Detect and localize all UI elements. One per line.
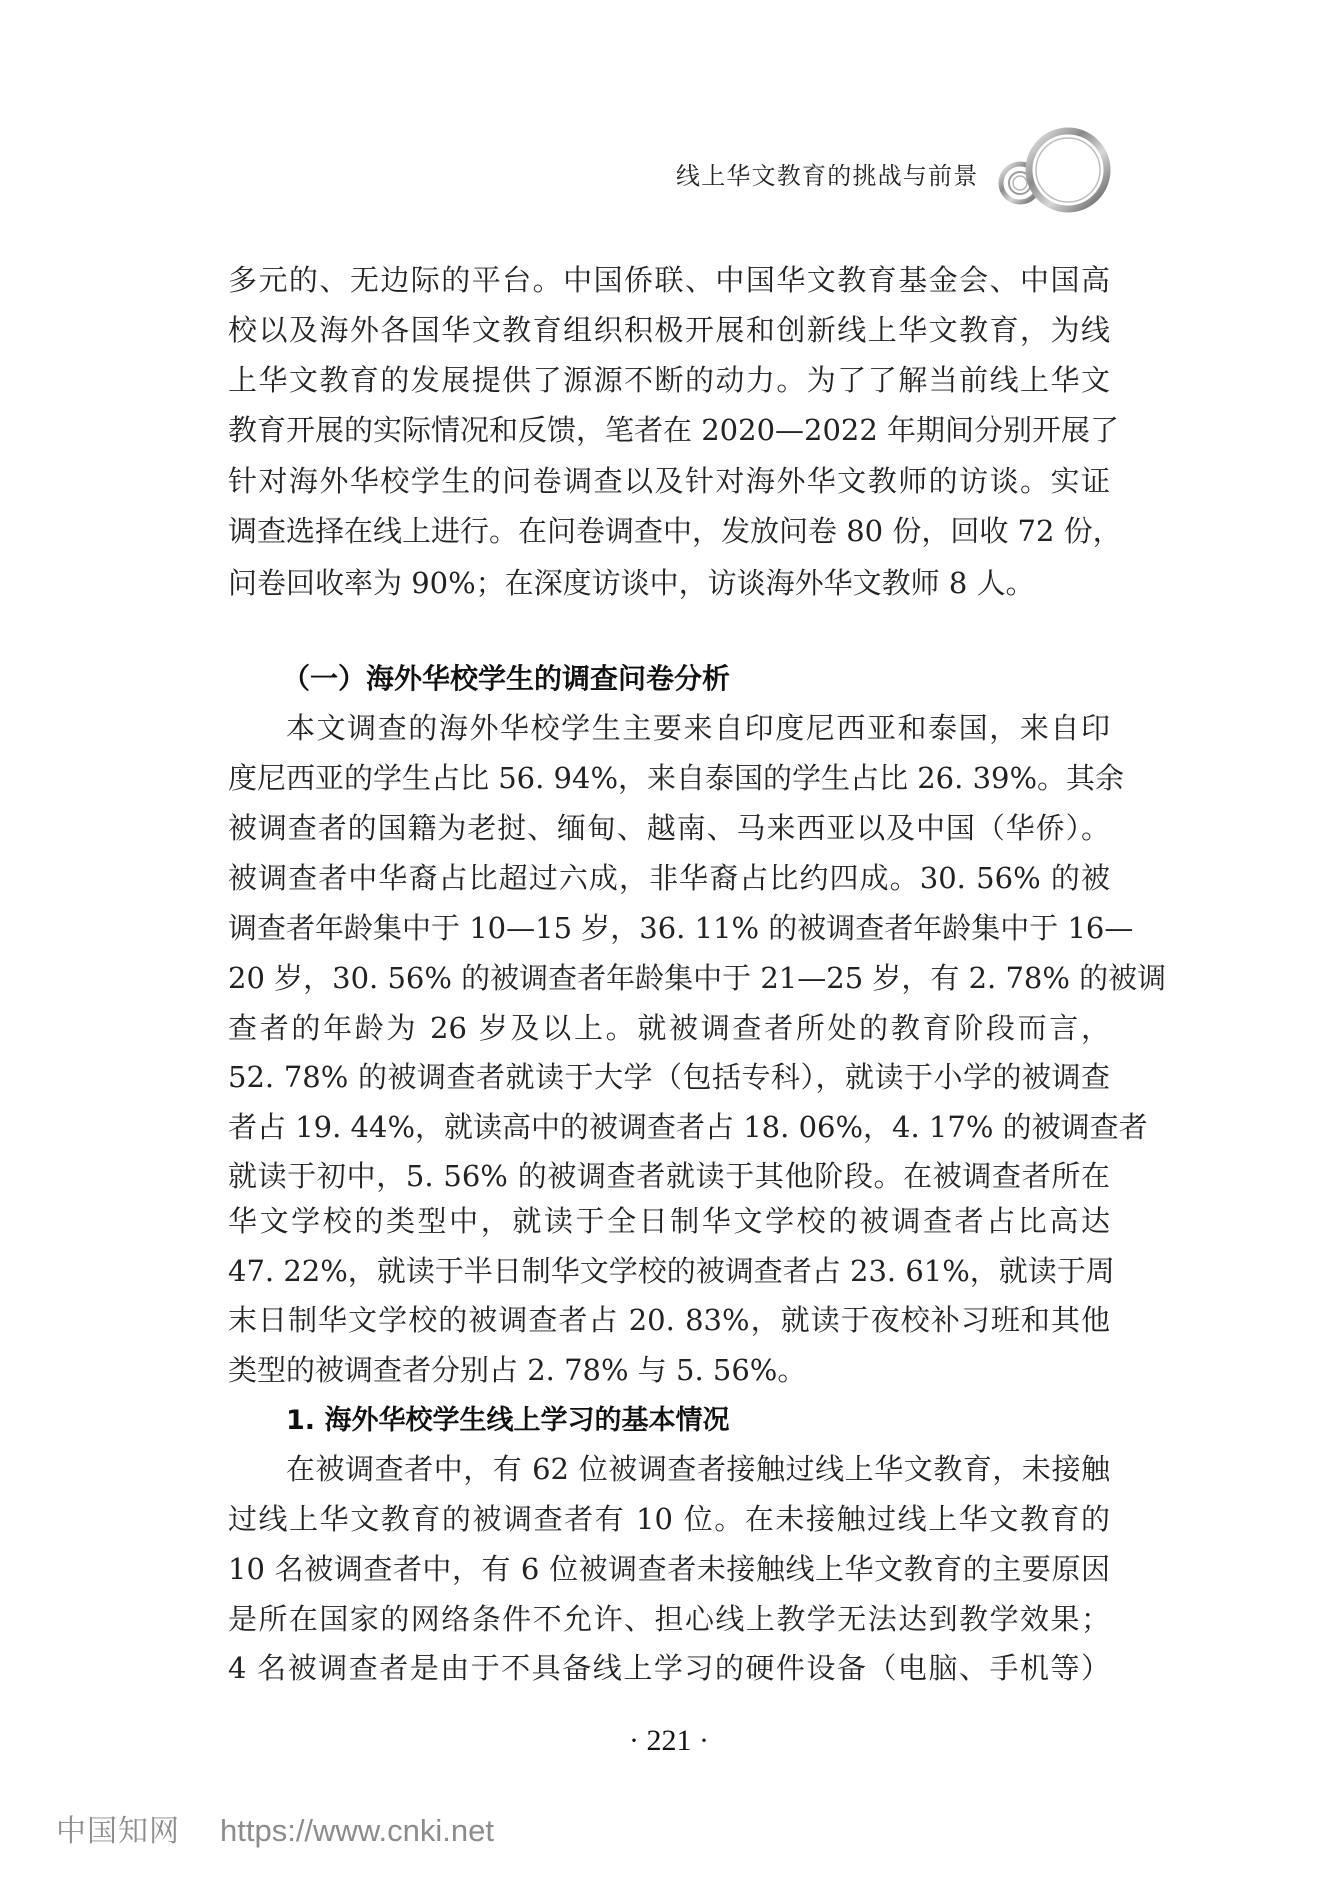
running-head-title: 线上华文教育的挑战与前景 [676, 156, 978, 191]
text-line: 查者的年龄为 26 岁及以上。就被调查者所处的教育阶段而言， [228, 1008, 1110, 1048]
text-line: 针对海外华校学生的问卷调查以及针对海外华文教师的访谈。实证 [228, 461, 1110, 501]
text-line: 47. 22%，就读于半日制华文学校的被调查者占 23. 61%，就读于周 [228, 1251, 1110, 1291]
text-line: 校以及海外各国华文教育组织积极开展和创新线上华文教育，为线 [228, 310, 1110, 350]
text-line: 被调查者的国籍为老挝、缅甸、越南、马来西亚以及中国（华侨）。 [228, 808, 1110, 848]
text-line: 多元的、无边际的平台。中国侨联、中国华文教育基金会、中国高 [228, 260, 1110, 300]
text-line: 上华文教育的发展提供了源源不断的动力。为了了解当前线上华文 [228, 360, 1110, 400]
text-line: 调查者年龄集中于 10—15 岁，36. 11% 的被调查者年龄集中于 16— [228, 908, 1110, 948]
text-line: 52. 78% 的被调查者就读于大学（包括专科），就读于小学的被调查 [228, 1057, 1110, 1097]
double-ring-icon [992, 120, 1122, 220]
page-number: · 221 · [600, 1724, 738, 1758]
watermark-name: 中国知网 [56, 1814, 180, 1849]
text-line: 10 名被调查者中，有 6 位被调查者未接触线上华文教育的主要原因 [228, 1549, 1110, 1589]
watermark-url[interactable]: https://www.cnki.net [220, 1813, 494, 1848]
section-heading: （一）海外华校学生的调查问卷分析 [282, 659, 730, 699]
text-line: 在被调查者中，有 62 位被调查者接触过线上华文教育，未接触 [286, 1449, 1110, 1489]
text-line: 教育开展的实际情况和反馈，笔者在 2020—2022 年期间分别开展了 [228, 410, 1110, 450]
text-line: 者占 19. 44%，就读高中的被调查者占 18. 06%，4. 17% 的被调… [228, 1107, 1110, 1147]
text-line: 度尼西亚的学生占比 56. 94%，来自泰国的学生占比 26. 39%。其余 [228, 758, 1110, 798]
text-line: 类型的被调查者分别占 2. 78% 与 5. 56%。 [228, 1350, 1110, 1390]
text-line: 调查选择在线上进行。在问卷调查中，发放问卷 80 份，回收 72 份， [228, 511, 1110, 551]
text-line: 就读于初中，5. 56% 的被调查者就读于其他阶段。在被调查者所在 [228, 1156, 1110, 1196]
text-line: 过线上华文教育的被调查者有 10 位。在未接触过线上华文教育的 [228, 1499, 1110, 1539]
text-line: 末日制华文学校的被调查者占 20. 83%，就读于夜校补习班和其他 [228, 1300, 1110, 1340]
text-line: 是所在国家的网络条件不允许、担心线上教学无法达到教学效果； [228, 1599, 1110, 1639]
text-line: 4 名被调查者是由于不具备线上学习的硬件设备（电脑、手机等） [228, 1648, 1110, 1688]
text-line: 20 岁，30. 56% 的被调查者年龄集中于 21—25 岁，有 2. 78%… [228, 958, 1110, 998]
text-line: 被调查者中华裔占比超过六成，非华裔占比约四成。30. 56% 的被 [228, 858, 1110, 898]
text-line: 问卷回收率为 90%；在深度访谈中，访谈海外华文教师 8 人。 [228, 563, 1110, 603]
cnki-watermark: 中国知网https://www.cnki.net [56, 1806, 494, 1850]
text-line: 本文调查的海外华校学生主要来自印度尼西亚和泰国，来自印 [286, 708, 1110, 748]
subsection-heading: 1. 海外华校学生线上学习的基本情况 [286, 1401, 729, 1441]
text-line: 华文学校的类型中，就读于全日制华文学校的被调查者占比高达 [228, 1201, 1110, 1241]
